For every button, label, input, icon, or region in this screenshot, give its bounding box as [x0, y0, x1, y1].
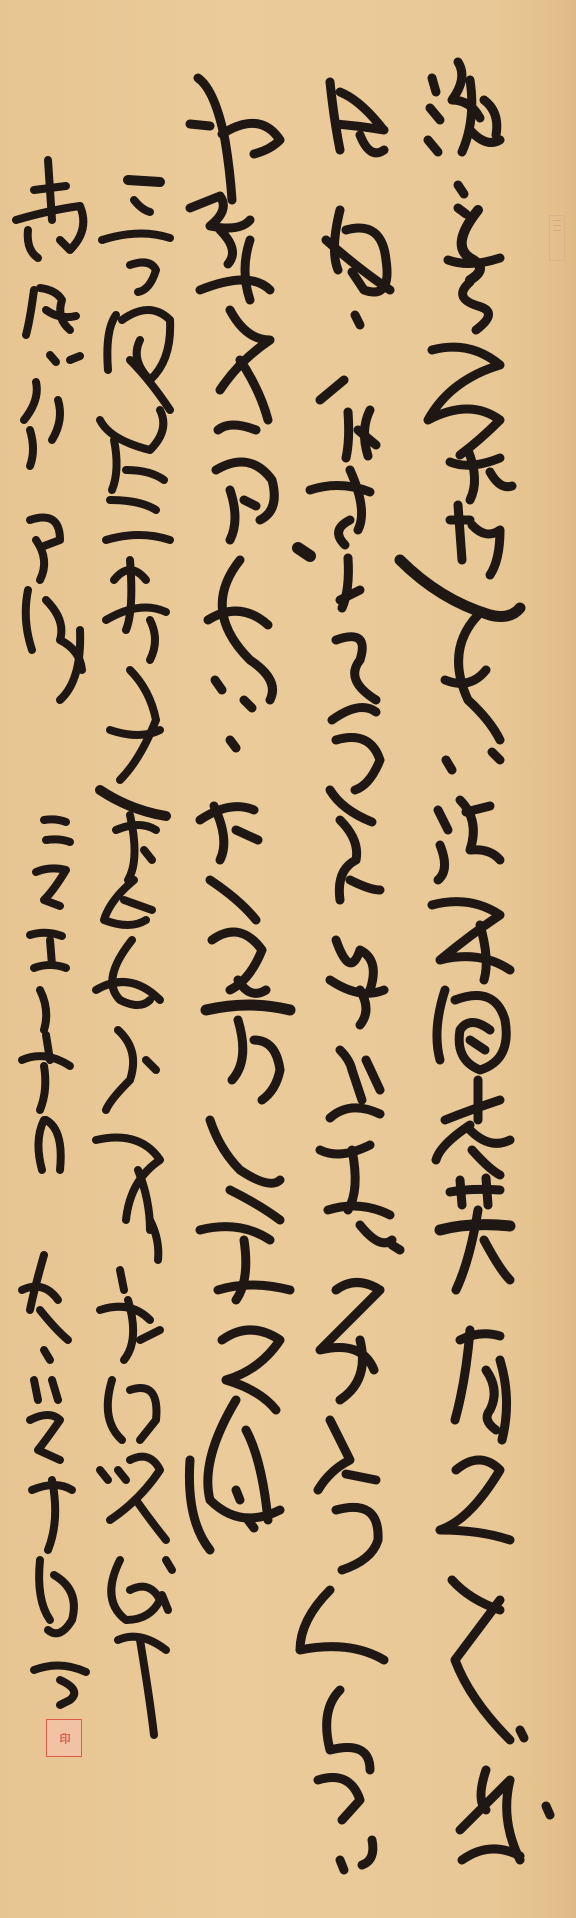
calligraphy-scroll: 滚滚长江东逝水浪花淘尽英雄是非成败转头空 青山依旧在几度夕阳红白发渔樵江渚上 惯… — [0, 0, 576, 1918]
artist-seal: 印 — [46, 1719, 82, 1757]
column-3-strokes — [189, 78, 290, 1550]
brush-strokes — [0, 0, 576, 1918]
column-2-strokes — [298, 82, 400, 1870]
column-1-strokes — [400, 62, 550, 1860]
upper-seal — [549, 215, 565, 261]
column-4-strokes — [96, 180, 172, 1735]
seal-text: 印 — [58, 1733, 70, 1744]
column-5-strokes — [16, 160, 86, 1705]
